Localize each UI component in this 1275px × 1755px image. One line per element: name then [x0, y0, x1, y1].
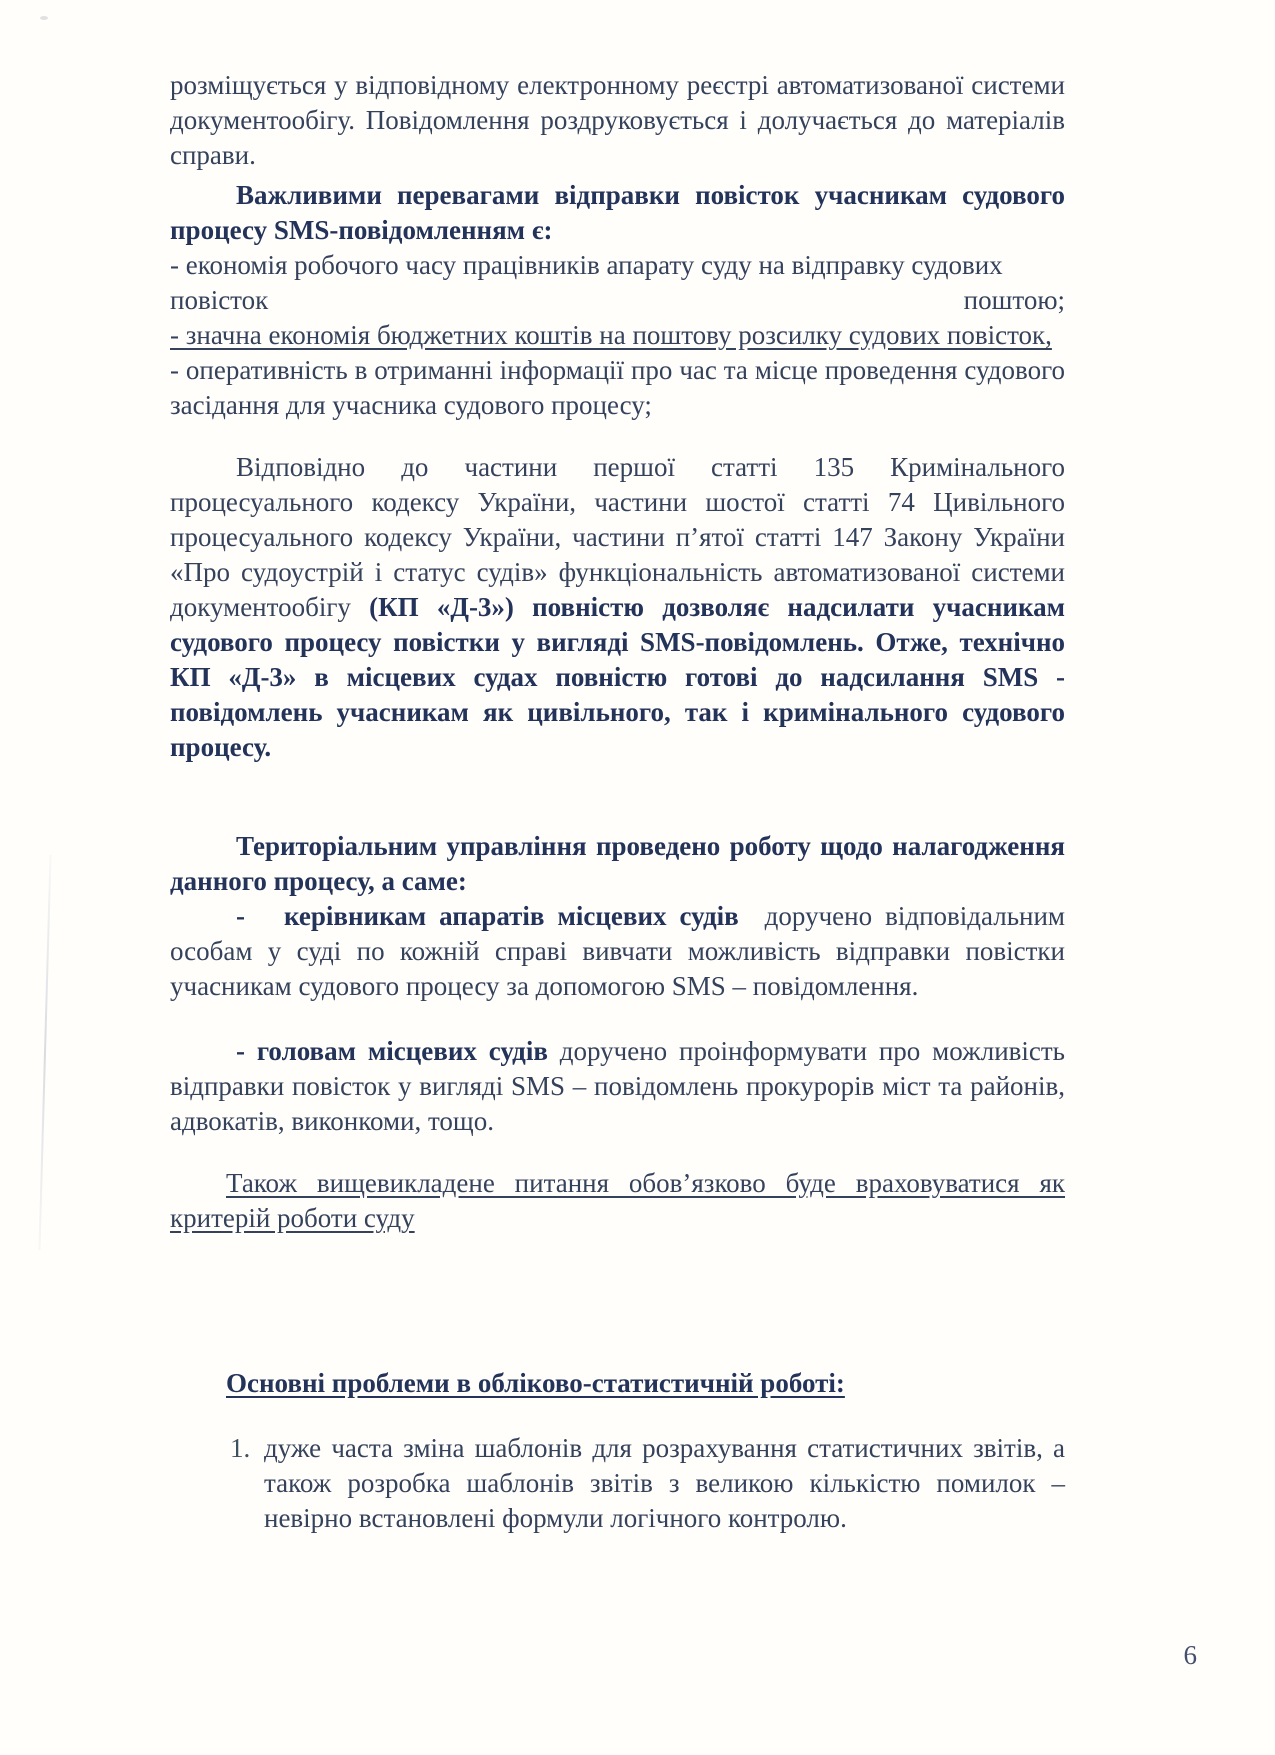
paragraph-advantages-heading: Важливими перевагами відправки повісток …	[170, 178, 1065, 248]
bullet-economy-line1: - економія робочого часу працівників апа…	[170, 248, 1065, 283]
bullet-economy: - економія робочого часу працівників апа…	[170, 248, 1065, 318]
paragraph-territorial-heading: Територіальним управління проведено робо…	[170, 829, 1065, 899]
paragraph-legal-basis: Відповідно до частини першої статті 135 …	[170, 450, 1065, 765]
scan-artifact-streak	[38, 855, 51, 1250]
document-page: розміщується у відповідному електронному…	[0, 0, 1275, 1755]
heading-problems: Основні проблеми в обліково-статистичній…	[170, 1366, 1065, 1401]
numbered-list-item-1: 1. дуже часта зміна шаблонів для розраху…	[230, 1431, 1065, 1536]
scan-artifact-speck	[40, 16, 48, 20]
paragraph-golovam-bold: - головам місцевих судів	[236, 1036, 548, 1066]
paragraph-kerivnykam: - керівникам апаратів місцевих судів дор…	[170, 899, 1065, 1004]
paragraph-takozh-underlined: Також вищевикладене питання обов’язково …	[170, 1166, 1065, 1236]
list-item-text: дуже часта зміна шаблонів для розрахуван…	[264, 1431, 1065, 1536]
bullet-budget-savings: - значна економія бюджетних коштів на по…	[170, 318, 1065, 353]
paragraph-intro: розміщується у відповідному електронному…	[170, 68, 1065, 173]
bullet-efficiency: - оперативність в отриманні інформації п…	[170, 353, 1065, 423]
page-number: 6	[1184, 1640, 1198, 1671]
bullet-economy-line2-right: поштою;	[964, 283, 1065, 318]
list-item-marker: 1.	[230, 1431, 264, 1536]
paragraph-golovam: - головам місцевих судів доручено проінф…	[170, 1034, 1065, 1139]
bullet-economy-line2-left: повісток	[170, 283, 268, 318]
bullet-economy-line2: повісток поштою;	[170, 283, 1065, 318]
paragraph-kerivnykam-bold: - керівникам апаратів місцевих судів	[236, 901, 739, 931]
text-column: розміщується у відповідному електронному…	[170, 68, 1065, 1536]
